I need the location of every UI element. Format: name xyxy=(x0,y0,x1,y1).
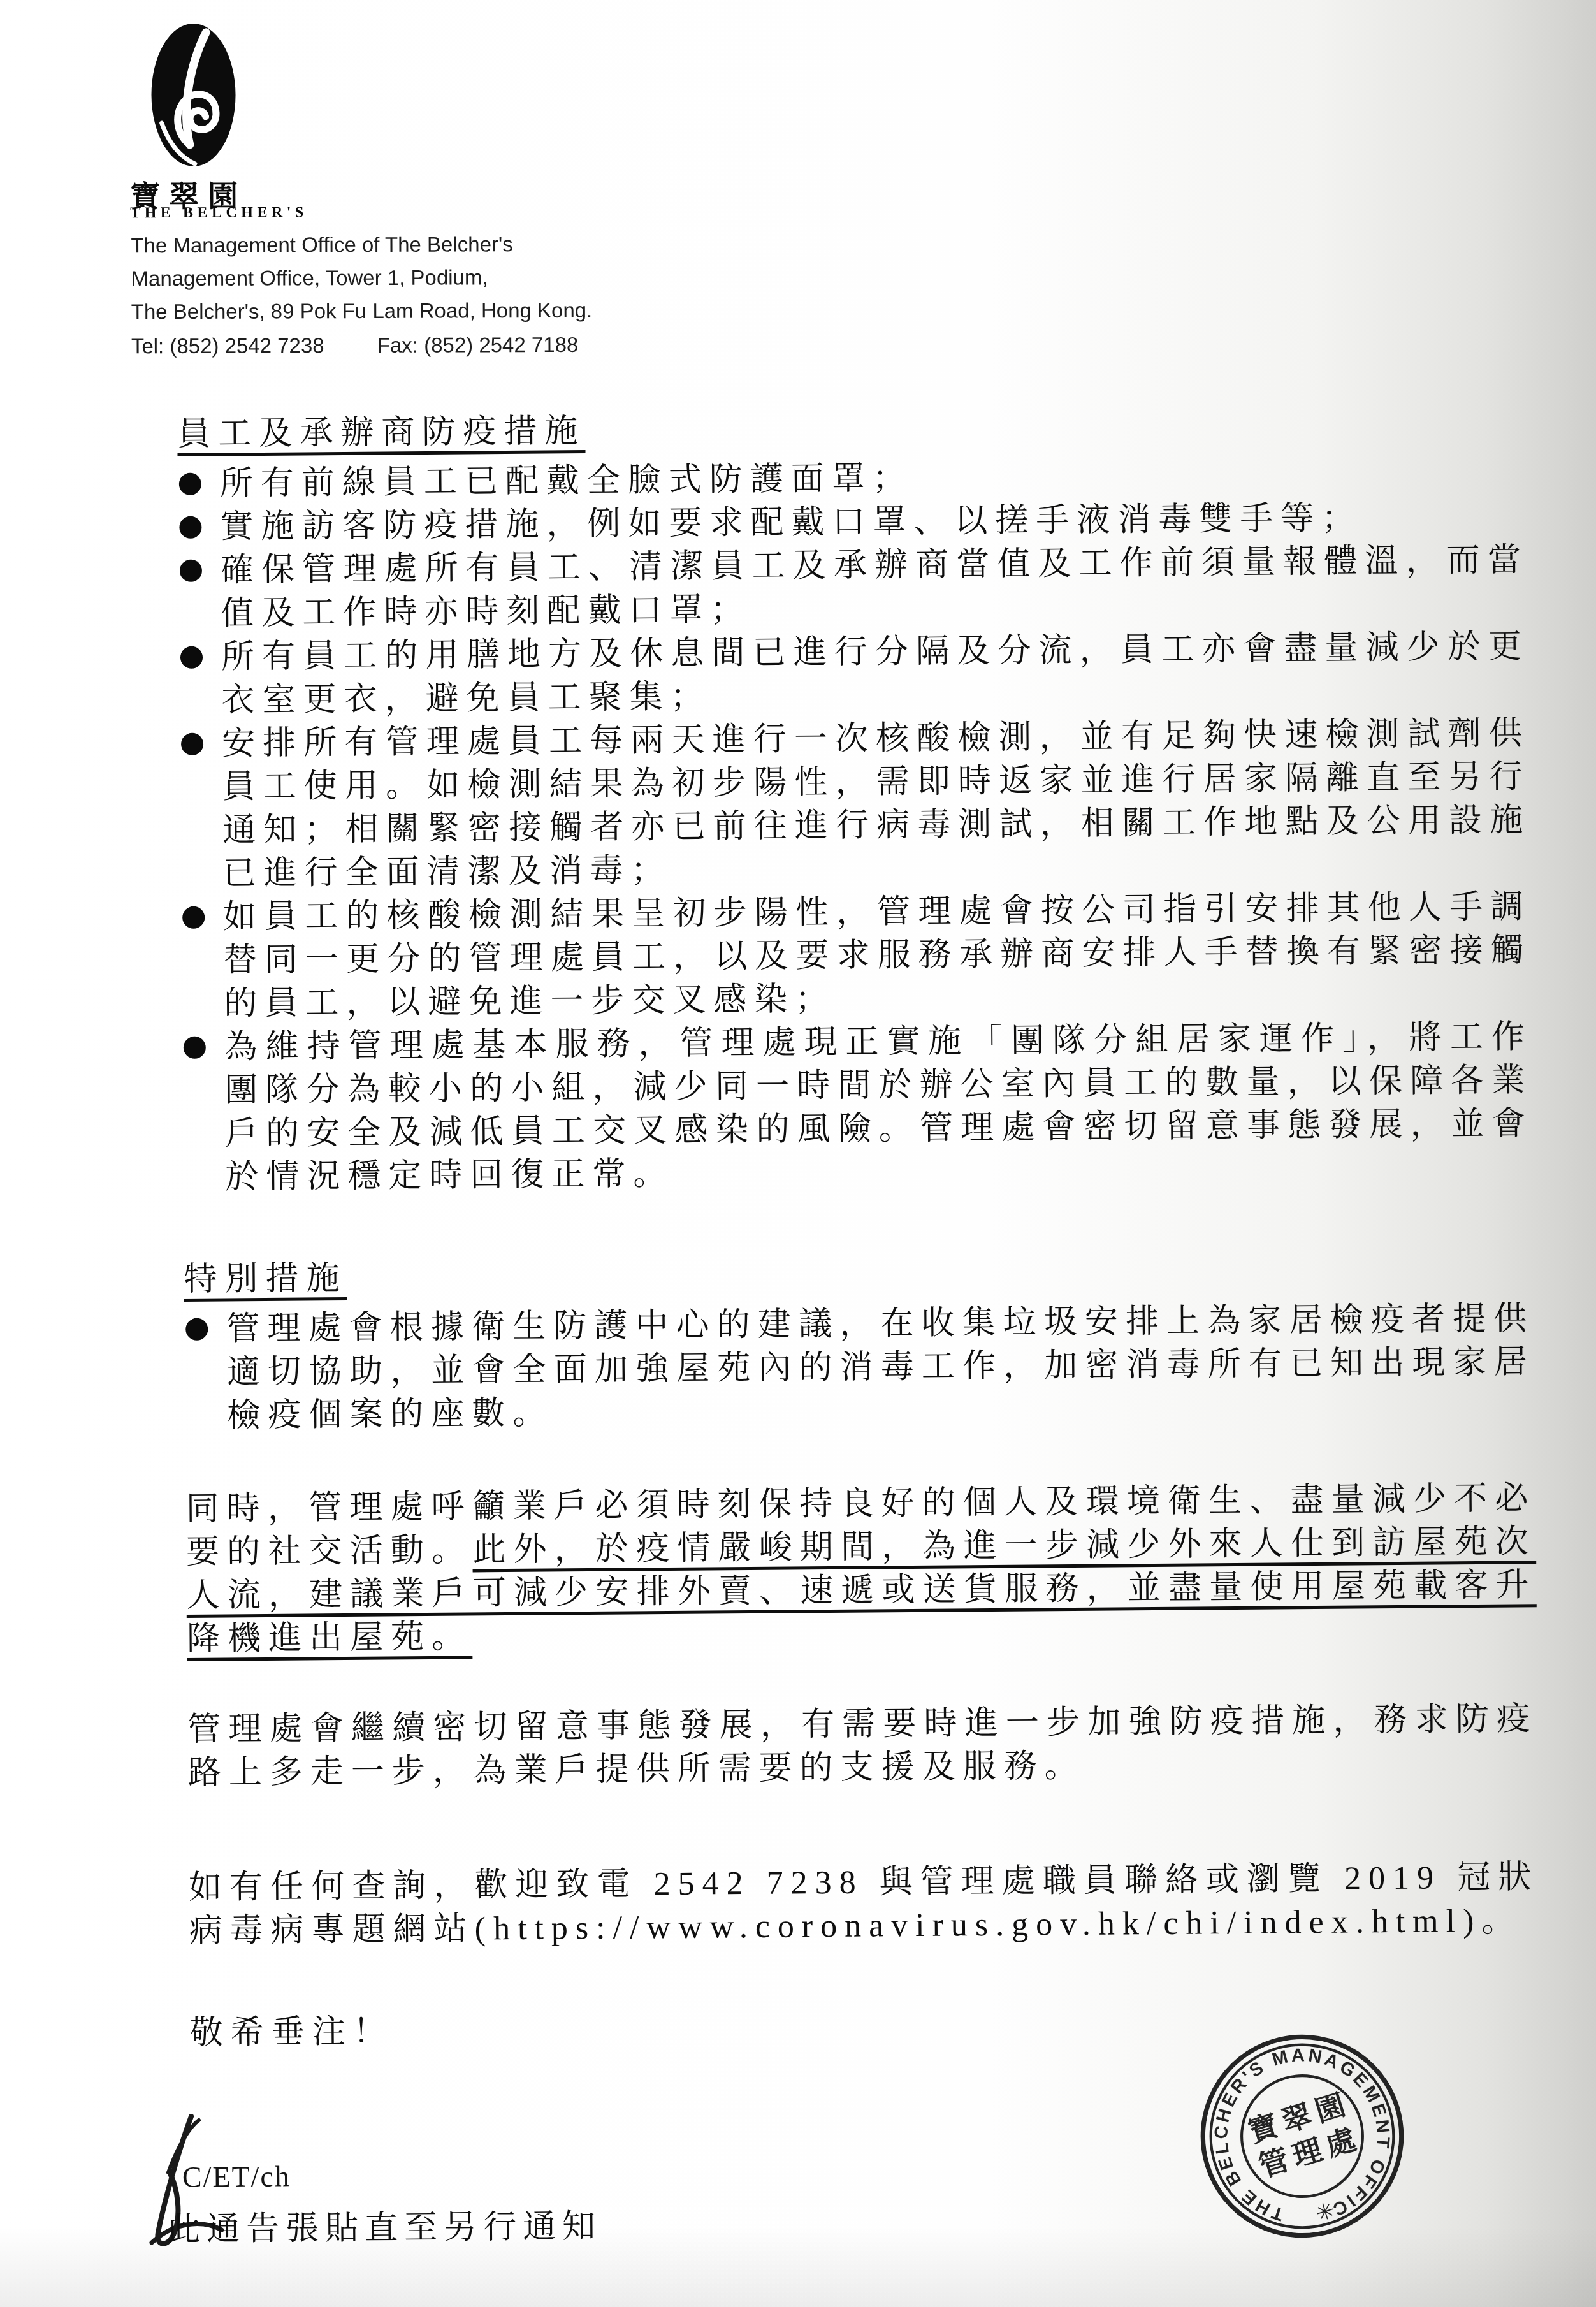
notice-body: 員工及承辦商防疫措施 所有前線員工已配戴全臉式防護面罩；實施訪客防疫措施，例如要… xyxy=(177,402,1540,2055)
fax-label: Fax: (852) 2542 7188 xyxy=(377,328,579,362)
bullet-item: 所有員工的用膳地方及休息間已進行分隔及分流，員工亦會盡量減少於更衣室更衣，避免員… xyxy=(179,625,1530,723)
belchers-logo-icon xyxy=(150,22,237,169)
bullet-dot-icon xyxy=(179,473,201,495)
logo-latin-name: THE BELCHER'S xyxy=(130,204,308,222)
bullet-text: 如員工的核酸檢測結果呈初步陽性，管理處會按公司指引安排其他人手調替同一更分的管理… xyxy=(223,889,1532,1022)
bullet-text: 安排所有管理處員工每兩天進行一次核酸檢測，並有足夠快速檢測試劑供員工使用。如檢測… xyxy=(222,715,1530,892)
bullet-text: 確保管理處所有員工、清潔員工及承辦商當值及工作前須量報體溫，而當值及工作時亦時刻… xyxy=(221,542,1528,632)
bullet-text: 所有員工的用膳地方及休息間已進行分隔及分流，員工亦會盡量減少於更衣室更衣，避免員… xyxy=(221,629,1529,718)
tel-label: Tel: (852) 2542 7238 xyxy=(131,333,324,358)
scanned-notice-page: 寶翠園 THE BELCHER'S The Management Office … xyxy=(0,0,1596,2307)
section-staff-measures: 員工及承辦商防疫措施 所有前線員工已配戴全臉式防護面罩；實施訪客防疫措施，例如要… xyxy=(177,402,1534,1200)
address-line: The Management Office of The Belcher's xyxy=(131,227,704,262)
reference-code: C/ET/ch xyxy=(182,2159,291,2194)
bullet-dot-icon xyxy=(181,733,203,755)
bullet-text: 實施訪客防疫措施，例如要求配戴口罩、以搓手液消毒雙手等； xyxy=(220,500,1362,545)
address-line: Management Office, Tower 1, Podium, xyxy=(131,260,704,295)
bullet-item: 如員工的核酸檢測結果呈初步陽性，管理處會按公司指引安排其他人手調替同一更分的管理… xyxy=(181,885,1532,1026)
bullet-text: 為維持管理處基本服務，管理處現正實施「團隊分組居家運作」，將工作團隊分為較小的小… xyxy=(224,1019,1533,1195)
section-title: 特別措施 xyxy=(184,1257,347,1302)
bullet-dot-icon xyxy=(182,906,205,929)
bullet-dot-icon xyxy=(184,1037,206,1059)
bullet-list: 管理處會根據衛生防護中心的建議，在收集垃圾安排上為家居檢疫者提供適切協助，並會全… xyxy=(184,1297,1535,1438)
tel-fax-line: Tel: (852) 2542 7238 Fax: (852) 2542 718… xyxy=(131,328,705,363)
bullet-list: 所有前線員工已配戴全臉式防護面罩；實施訪客防疫措施，例如要求配戴口罩、以搓手液消… xyxy=(178,452,1534,1200)
paragraph: 如有任何查詢，歡迎致電 2542 7238 與管理處職員聯絡或瀏覽 2019 冠… xyxy=(189,1856,1539,1953)
bullet-item: 確保管理處所有員工、清潔員工及承辦商當值及工作前須量報體溫，而當值及工作時亦時刻… xyxy=(178,539,1529,636)
section-title: 員工及承辦商防疫措施 xyxy=(177,410,586,456)
bullet-dot-icon xyxy=(180,646,203,669)
bullet-item: 為維持管理處基本服務，管理處現正實施「團隊分組居家運作」，將工作團隊分為較小的小… xyxy=(182,1015,1534,1200)
bullet-text: 管理處會根據衛生防護中心的建議，在收集垃圾安排上為家居檢疫者提供適切協助，並會全… xyxy=(226,1300,1535,1434)
paragraph: 管理處會繼續密切留意事態發展，有需要時進一步加強防疫措施，務求防疫路上多走一步，… xyxy=(187,1698,1538,1795)
posting-note: 此通告張貼直至另行通知 xyxy=(167,2199,602,2250)
section-special-measures: 特別措施 管理處會根據衛生防護中心的建議，在收集垃圾安排上為家居檢疫者提供適切協… xyxy=(184,1248,1535,1438)
bullet-text: 所有前線員工已配戴全臉式防護面罩； xyxy=(220,460,913,502)
address-block: The Management Office of The Belcher's M… xyxy=(131,227,705,363)
address-line: The Belcher's, 89 Pok Fu Lam Road, Hong … xyxy=(131,293,705,328)
bullet-dot-icon xyxy=(185,1318,208,1341)
bullet-item: 安排所有管理處員工每兩天進行一次核酸檢測，並有足夠快速檢測試劑供員工使用。如檢測… xyxy=(180,712,1531,896)
paragraph: 同時，管理處呼籲業戶必須時刻保持良好的個人及環境衛生、盡量減少不必要的社交活動。… xyxy=(185,1477,1537,1661)
bullet-item: 管理處會根據衛生防護中心的建議，在收集垃圾安排上為家居檢疫者提供適切協助，並會全… xyxy=(184,1297,1535,1438)
bullet-dot-icon xyxy=(179,516,201,539)
bullet-dot-icon xyxy=(180,560,202,582)
